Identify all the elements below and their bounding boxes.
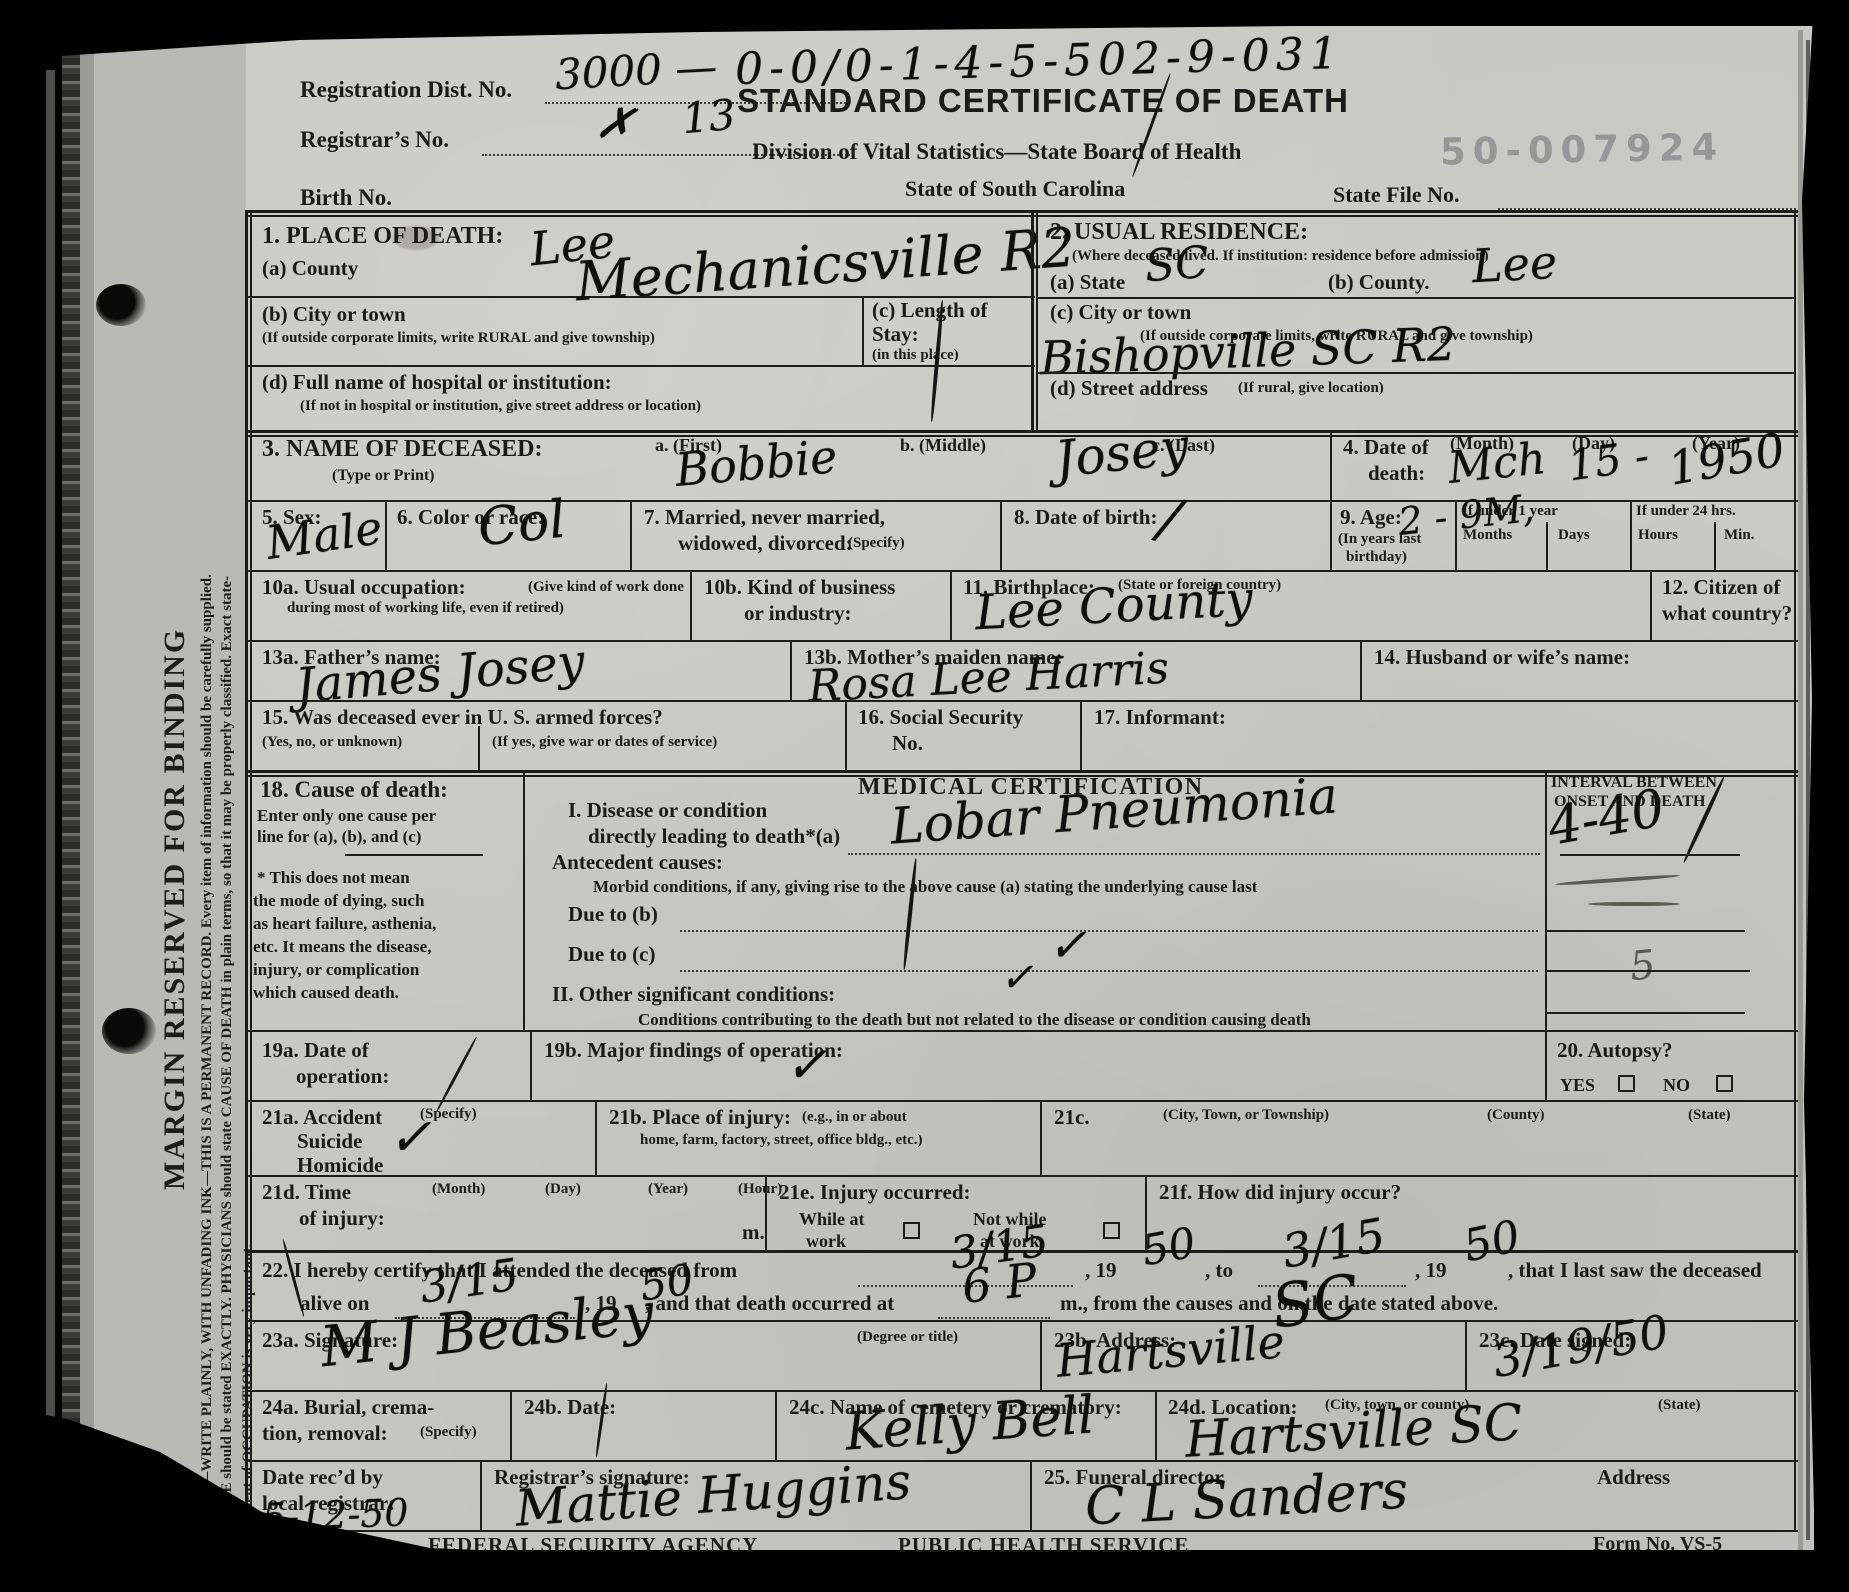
- hw-check: ✓: [1000, 958, 1034, 998]
- rule: [385, 500, 387, 570]
- rule: [1546, 522, 1548, 570]
- rule: [245, 570, 1798, 572]
- hw-physician-address-sc: SC: [1268, 1266, 1363, 1338]
- label-time-of-injury2: of injury:: [299, 1208, 385, 1230]
- hw-s2-county: Lee: [1471, 239, 1558, 289]
- label-specify: (Specify): [848, 536, 905, 552]
- hw-registrar-no: 13: [680, 94, 737, 140]
- label-ssn2: No.: [892, 733, 923, 755]
- label-months: Months: [1463, 528, 1512, 544]
- hw-race: Col: [476, 494, 569, 555]
- label-registrar-no: Registrar’s No.: [300, 128, 449, 152]
- rule: [1031, 210, 1038, 430]
- hw-interval-5: 5: [1628, 945, 1657, 987]
- label-s1-hospital-fine: (If not in hospital or institution, give…: [300, 399, 701, 415]
- label-specify: (Specify): [420, 1425, 477, 1441]
- label-in-this-place: (in this place): [872, 348, 959, 364]
- label-last-saw: , that I last saw the deceased: [1508, 1260, 1762, 1282]
- hw-from-year: 50: [1139, 1222, 1199, 1273]
- label-21c: 21c.: [1054, 1107, 1090, 1129]
- rule: [245, 210, 1798, 217]
- hw-check: ✓: [785, 1040, 827, 1090]
- label-month: (Month): [432, 1182, 485, 1198]
- rule: [1030, 1460, 1032, 1530]
- label-min: Min.: [1724, 528, 1754, 544]
- label-days: Days: [1558, 528, 1590, 544]
- state-line: State of South Carolina: [905, 178, 1125, 201]
- label-ssn: 16. Social Security: [858, 707, 1023, 729]
- state-file-stamp: 50-007924: [1440, 126, 1725, 174]
- hw-death-month: Mch: [1446, 437, 1548, 491]
- label-state-paren: (State): [1658, 1398, 1700, 1414]
- rule: [1714, 522, 1716, 570]
- rule: [1155, 1390, 1157, 1460]
- margin-note-line1: N.B.—WRITE PLAINLY, WITH UNFADING INK—TH…: [197, 85, 217, 1515]
- rule: [862, 296, 864, 365]
- label-cause-note2b: the mode of dying, such: [253, 892, 424, 910]
- label-s2-city: (c) City or town: [1050, 302, 1191, 324]
- rule: [595, 1100, 597, 1175]
- label-work: work: [806, 1232, 846, 1251]
- label-s2-county: (b) County.: [1328, 272, 1430, 294]
- label-degree-title: (Degree or title): [857, 1330, 958, 1346]
- rule: [510, 1390, 512, 1460]
- label-state-paren: (State): [1688, 1108, 1730, 1124]
- label-19a: , 19: [1085, 1260, 1117, 1282]
- label-age-fine1: (In years last: [1338, 532, 1421, 548]
- fill-line: [680, 970, 1538, 972]
- label-age-fine2: birthday): [1346, 550, 1407, 566]
- hw-registrar-scratch: ✗: [593, 98, 638, 149]
- label-due-to-c: Due to (c): [568, 944, 655, 966]
- label-to: , to: [1205, 1260, 1233, 1282]
- label-armed-forces: 15. Was deceased ever in U. S. armed for…: [262, 707, 663, 729]
- label-place-of-injury-fine1: (e.g., in or about: [802, 1110, 907, 1126]
- label-morbid: Morbid conditions, if any, giving rise t…: [593, 878, 1257, 896]
- certificate-subtitle: Division of Vital Statistics—State Board…: [752, 140, 1241, 164]
- checkbox-while-at-work: [903, 1222, 920, 1239]
- page-edge-right1: [1798, 30, 1803, 1550]
- rule: [950, 570, 952, 640]
- death-certificate-scan: MARGIN RESERVED FOR BINDING N.B.—WRITE P…: [0, 0, 1849, 1592]
- label-s1-city-fine: (If outside corporate limits, write RURA…: [262, 331, 655, 347]
- label-cause-note2f: which caused death.: [253, 984, 399, 1002]
- hw-check: ✓: [388, 1112, 432, 1164]
- label-hour: (Hour): [738, 1182, 782, 1198]
- label-married2: widowed, divorced:: [678, 533, 853, 555]
- hw-first-name: Bobbie: [673, 433, 839, 493]
- label-suicide: Suicide: [297, 1131, 362, 1153]
- label-date-of-death: 4. Date of: [1343, 437, 1429, 459]
- rule: [1794, 210, 1796, 1532]
- rule: [1038, 297, 1794, 299]
- label-place-of-injury-fine2: home, farm, factory, street, office bldg…: [640, 1133, 923, 1149]
- label-how-injury: 21f. How did injury occur?: [1159, 1182, 1401, 1204]
- label-s1-county: (a) County: [262, 258, 358, 280]
- label-s2-street-fine: (If rural, give location): [1238, 381, 1384, 397]
- label-place-of-death: 1. PLACE OF DEATH:: [262, 224, 503, 249]
- label-injury-occurred: 21e. Injury occurred:: [779, 1182, 971, 1204]
- rule: [1650, 570, 1652, 640]
- label-birth-no: Birth No.: [300, 186, 392, 210]
- label-length-of-stay2: Stay:: [872, 324, 919, 346]
- label-disease-condition: I. Disease or condition: [568, 800, 767, 822]
- pencil-stroke: [1588, 902, 1680, 906]
- rule: [245, 1530, 1798, 1532]
- label-death-occurred: , and that death occurred at: [645, 1293, 894, 1315]
- label-form-no: Form No. VS-5: [1593, 1534, 1722, 1555]
- label-other-conditions-fine: Conditions contributing to the death but…: [638, 1011, 1311, 1029]
- label-cause-note1a: Enter only one cause per: [257, 807, 436, 825]
- fill-line: [848, 853, 1540, 855]
- label-cause-note1b: line for (a), (b), and (c): [257, 828, 421, 846]
- rule: [245, 1175, 1798, 1177]
- rule: [245, 210, 252, 1532]
- label-citizen2: what country?: [1662, 603, 1792, 625]
- label-date-received: Date rec’d by: [262, 1467, 383, 1489]
- label-accident: 21a. Accident: [262, 1107, 382, 1129]
- label-cause-note2d: etc. It means the disease,: [253, 938, 431, 956]
- fill-line: [938, 1317, 1050, 1319]
- rule: [1545, 970, 1750, 972]
- rule: [775, 1390, 777, 1460]
- label-spouse: 14. Husband or wife’s name:: [1374, 647, 1630, 669]
- label-occupation: 10a. Usual occupation:: [262, 577, 466, 599]
- hw-last-name: Josey: [1053, 421, 1191, 485]
- label-cause-of-death: 18. Cause of death:: [260, 778, 448, 802]
- label-s2-street: (d) Street address: [1050, 378, 1208, 400]
- rule: [690, 570, 692, 640]
- label-date-of-birth: 8. Date of birth:: [1014, 507, 1157, 529]
- checkbox-autopsy-no: [1716, 1075, 1733, 1092]
- hw-registration-dist-no: 3000 —: [554, 46, 718, 96]
- rule: [1545, 1030, 1547, 1100]
- punch-hole-top: [96, 284, 146, 326]
- label-under-24-hrs: If under 24 hrs.: [1636, 504, 1736, 520]
- label-other-conditions: II. Other significant conditions:: [552, 984, 835, 1006]
- label-antecedent: Antecedent causes:: [552, 852, 723, 874]
- label-public-health-service: PUBLIC HEALTH SERVICE: [898, 1535, 1189, 1557]
- rule: [765, 1175, 767, 1250]
- rule: [1330, 430, 1332, 500]
- hw-death-day: 15 -: [1565, 435, 1651, 488]
- label-homicide: Homicide: [297, 1155, 383, 1177]
- rule: [523, 770, 525, 1030]
- label-burial2: tion, removal:: [262, 1423, 388, 1445]
- label-autopsy: 20. Autopsy?: [1557, 1040, 1673, 1062]
- rule: [1560, 854, 1740, 856]
- label-business: 10b. Kind of business: [704, 577, 895, 599]
- label-informant: 17. Informant:: [1094, 707, 1226, 729]
- rule: [1330, 500, 1332, 570]
- rule: [245, 700, 1798, 702]
- label-19b: , 19: [1415, 1260, 1447, 1282]
- label-date-operation: 19a. Date of: [262, 1040, 369, 1062]
- label-armed-forces-fine2: (If yes, give war or dates of service): [492, 735, 717, 751]
- rule: [245, 1460, 1798, 1462]
- label-yes: YES: [1560, 1076, 1595, 1095]
- label-while-at: While at: [799, 1210, 865, 1229]
- hw-s2-state: SC: [1144, 241, 1211, 289]
- label-cause-note2c: as heart failure, asthenia,: [253, 915, 436, 933]
- margin-note-line2: AGE should be stated EXACTLY. PHYSICIANS…: [217, 85, 237, 1515]
- label-place-of-injury: 21b. Place of injury:: [609, 1107, 791, 1129]
- rule: [480, 1460, 482, 1530]
- label-s1-city: (b) City or town: [262, 304, 406, 326]
- rule: [1545, 1012, 1745, 1014]
- label-year: (Year): [648, 1182, 688, 1198]
- hw-birthplace: Lee County: [974, 575, 1254, 637]
- label-time-of-injury: 21d. Time: [262, 1182, 351, 1204]
- label-length-of-stay: (c) Length of: [872, 300, 987, 322]
- label-age: 9. Age:: [1340, 507, 1402, 529]
- rule: [790, 640, 792, 700]
- label-no: NO: [1663, 1076, 1690, 1095]
- page-edge-sliver: [46, 70, 55, 1460]
- rule: [245, 1100, 1798, 1102]
- label-type-or-print: (Type or Print): [332, 468, 435, 485]
- rule: [1040, 1100, 1042, 1175]
- punch-hole-bottom: [102, 1008, 156, 1054]
- rule: [1080, 700, 1082, 770]
- label-date-operation2: operation:: [296, 1066, 389, 1088]
- label-residence-fine: (Where deceased lived. If institution: r…: [1072, 249, 1489, 265]
- label-s1-hospital: (d) Full name of hospital or institution…: [262, 372, 612, 394]
- rule: [245, 1030, 1798, 1032]
- label-day: (Day): [545, 1182, 581, 1198]
- label-cause-note2a: * This does not mean: [257, 869, 410, 887]
- label-citizen: 12. Citizen of: [1662, 577, 1780, 599]
- label-county-paren: (County): [1487, 1108, 1545, 1124]
- checkbox-autopsy-yes: [1618, 1075, 1635, 1092]
- label-occupation-fine2: during most of working life, even if ret…: [287, 601, 564, 617]
- rule: [530, 1030, 532, 1100]
- label-name-of-deceased: 3. NAME OF DECEASED:: [262, 437, 542, 462]
- hw-death-time: 6 P: [960, 1256, 1039, 1310]
- label-under-1-year: If under 1 year: [1462, 504, 1558, 520]
- rule: [1465, 1320, 1467, 1390]
- label-state-file-no: State File No.: [1333, 184, 1459, 207]
- binding-edge-shade: [80, 26, 94, 1550]
- label-middle: b. (Middle): [900, 436, 986, 455]
- label-address: Address: [1597, 1467, 1670, 1489]
- rule: [478, 726, 480, 770]
- label-hours: Hours: [1638, 528, 1678, 544]
- rule: [1545, 930, 1745, 932]
- rule: [1000, 500, 1002, 570]
- label-directly-leading: directly leading to death*(a): [588, 826, 840, 848]
- binding-edge-texture: [62, 26, 80, 1550]
- label-burial: 24a. Burial, crema-: [262, 1397, 434, 1419]
- rule: [1630, 500, 1632, 570]
- rule: [1360, 640, 1362, 700]
- label-registration-dist: Registration Dist. No.: [300, 78, 512, 102]
- label-city-town-township: (City, Town, or Township): [1163, 1108, 1329, 1124]
- label-due-to-b: Due to (b): [568, 904, 658, 926]
- label-date-of-death2: death:: [1368, 463, 1425, 485]
- checkbox-not-while-at-work: [1103, 1222, 1120, 1239]
- label-married: 7. Married, never married,: [644, 507, 885, 529]
- fill-line: [680, 930, 1538, 932]
- label-armed-forces-fine1: (Yes, no, or unknown): [262, 735, 402, 751]
- rule: [245, 365, 1035, 367]
- label-occupation-fine1: (Give kind of work done: [528, 580, 684, 596]
- rule: [1455, 500, 1457, 570]
- margin-binding-text: MARGIN RESERVED FOR BINDING: [158, 420, 192, 1190]
- rule: [1040, 1320, 1042, 1390]
- rule: [345, 854, 483, 856]
- rule: [845, 700, 847, 770]
- rule: [630, 500, 632, 570]
- label-cause-note2e: injury, or complication: [253, 961, 419, 979]
- hw-check: ✓: [1048, 922, 1087, 968]
- rule: [1038, 372, 1794, 374]
- label-s2-state: (a) State: [1050, 272, 1125, 294]
- label-m: m.: [742, 1222, 765, 1244]
- label-business2: or industry:: [744, 603, 852, 625]
